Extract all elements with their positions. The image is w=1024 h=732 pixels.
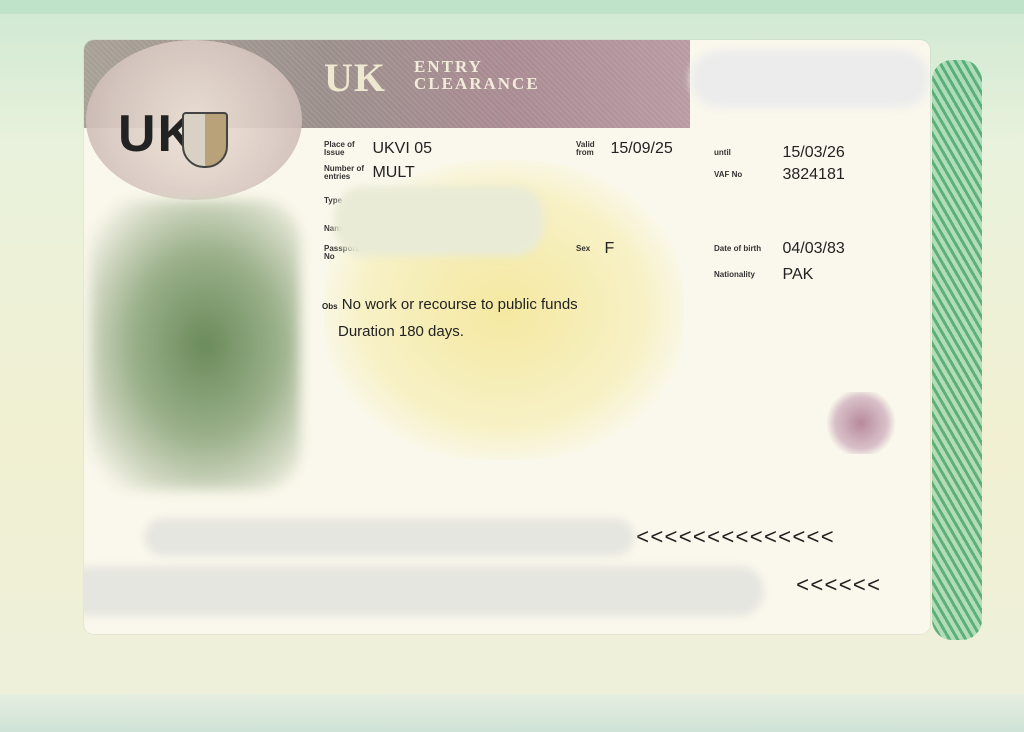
field-nationality: Nationality PAK bbox=[714, 266, 813, 284]
royal-crest-icon bbox=[826, 392, 896, 454]
redacted-header-number bbox=[690, 50, 930, 108]
uk-logo: UK bbox=[324, 54, 386, 101]
guilloche-pattern bbox=[932, 60, 982, 640]
mrz-line-1: <<<<<<<<<<<<<< bbox=[636, 526, 835, 551]
field-date-of-birth: Date of birth 04/03/83 bbox=[714, 240, 845, 258]
field-valid-until: until 15/03/26 bbox=[714, 144, 845, 162]
page-top-edge bbox=[0, 0, 1024, 14]
passport-page: UK ENTRY CLEARANCE UK Place of Issue UKV… bbox=[0, 0, 1024, 732]
entry-clearance-title: ENTRY CLEARANCE bbox=[414, 58, 540, 92]
page-bottom-edge bbox=[0, 694, 1024, 732]
redacted-mrz-line-2 bbox=[84, 566, 764, 616]
holder-photo-redacted bbox=[90, 200, 300, 490]
shield-icon bbox=[182, 112, 228, 168]
field-vaf-no: VAF No 3824181 bbox=[714, 166, 845, 184]
field-valid-from: Valid from 15/09/25 bbox=[576, 140, 673, 158]
title-line-2: CLEARANCE bbox=[414, 75, 540, 92]
observation-line-1: No work or recourse to public funds bbox=[342, 296, 578, 313]
visa-vignette: UK ENTRY CLEARANCE UK Place of Issue UKV… bbox=[84, 40, 930, 634]
field-sex: Sex F bbox=[576, 240, 614, 258]
observation-line-2: Duration 180 days. bbox=[322, 319, 578, 344]
field-place-of-issue: Place of Issue UKVI 05 bbox=[324, 140, 432, 158]
title-line-1: ENTRY bbox=[414, 58, 540, 75]
observations-label: Obs bbox=[322, 302, 338, 311]
redacted-type-name-passport bbox=[334, 186, 544, 256]
observations: Obs No work or recourse to public funds … bbox=[322, 292, 578, 344]
mrz-line-2: <<<<<< bbox=[796, 574, 881, 599]
field-number-of-entries: Number of entries MULT bbox=[324, 164, 415, 182]
redacted-mrz-line-1 bbox=[144, 518, 634, 556]
